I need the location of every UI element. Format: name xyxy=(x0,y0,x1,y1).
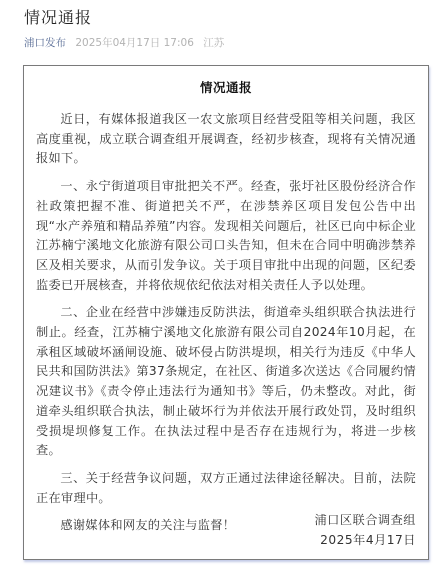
notice-paragraph-3: 三、关于经营争议问题，双方正通过法律途径解决。目前，法院正在审理中。 xyxy=(36,469,416,508)
source-account-link[interactable]: 浦口发布 xyxy=(24,37,66,49)
publish-location: 江苏 xyxy=(203,37,224,49)
notice-paragraph-intro: 近日，有媒体报道我区一农文旅项目经营受阻等相关问题，我区高度重视，成立联合调查组… xyxy=(36,110,416,169)
notice-body: 近日，有媒体报道我区一农文旅项目经营受阻等相关问题，我区高度重视，成立联合调查组… xyxy=(36,110,416,544)
notice-paragraph-1: 一、永宁街道项目审批把关不严。经查，张圩社区股份经济合作社政策把握不准、街道把关… xyxy=(36,177,416,295)
notice-title: 情况通报 xyxy=(24,80,428,96)
article-header: 情况通报 浦口发布 2025年04月17日 17:06 江苏 xyxy=(24,8,430,50)
article-title: 情况通报 xyxy=(24,8,430,28)
signature-organization: 浦口区联合调查组 xyxy=(315,511,417,531)
article-meta: 浦口发布 2025年04月17日 17:06 江苏 xyxy=(24,37,430,50)
publish-time: 2025年04月17日 17:06 xyxy=(75,37,194,49)
signature-date: 2025年4月17日 xyxy=(320,531,416,551)
notice-paragraph-2: 二、企业在经营中涉嫌违反防洪法，街道牵头组织联合执法进行制止。经查，江苏楠宁溪地… xyxy=(36,303,416,461)
notice-image: 情况通报 近日，有媒体报道我区一农文旅项目经营受阻等相关问题，我区高度重视，成立… xyxy=(23,65,429,560)
